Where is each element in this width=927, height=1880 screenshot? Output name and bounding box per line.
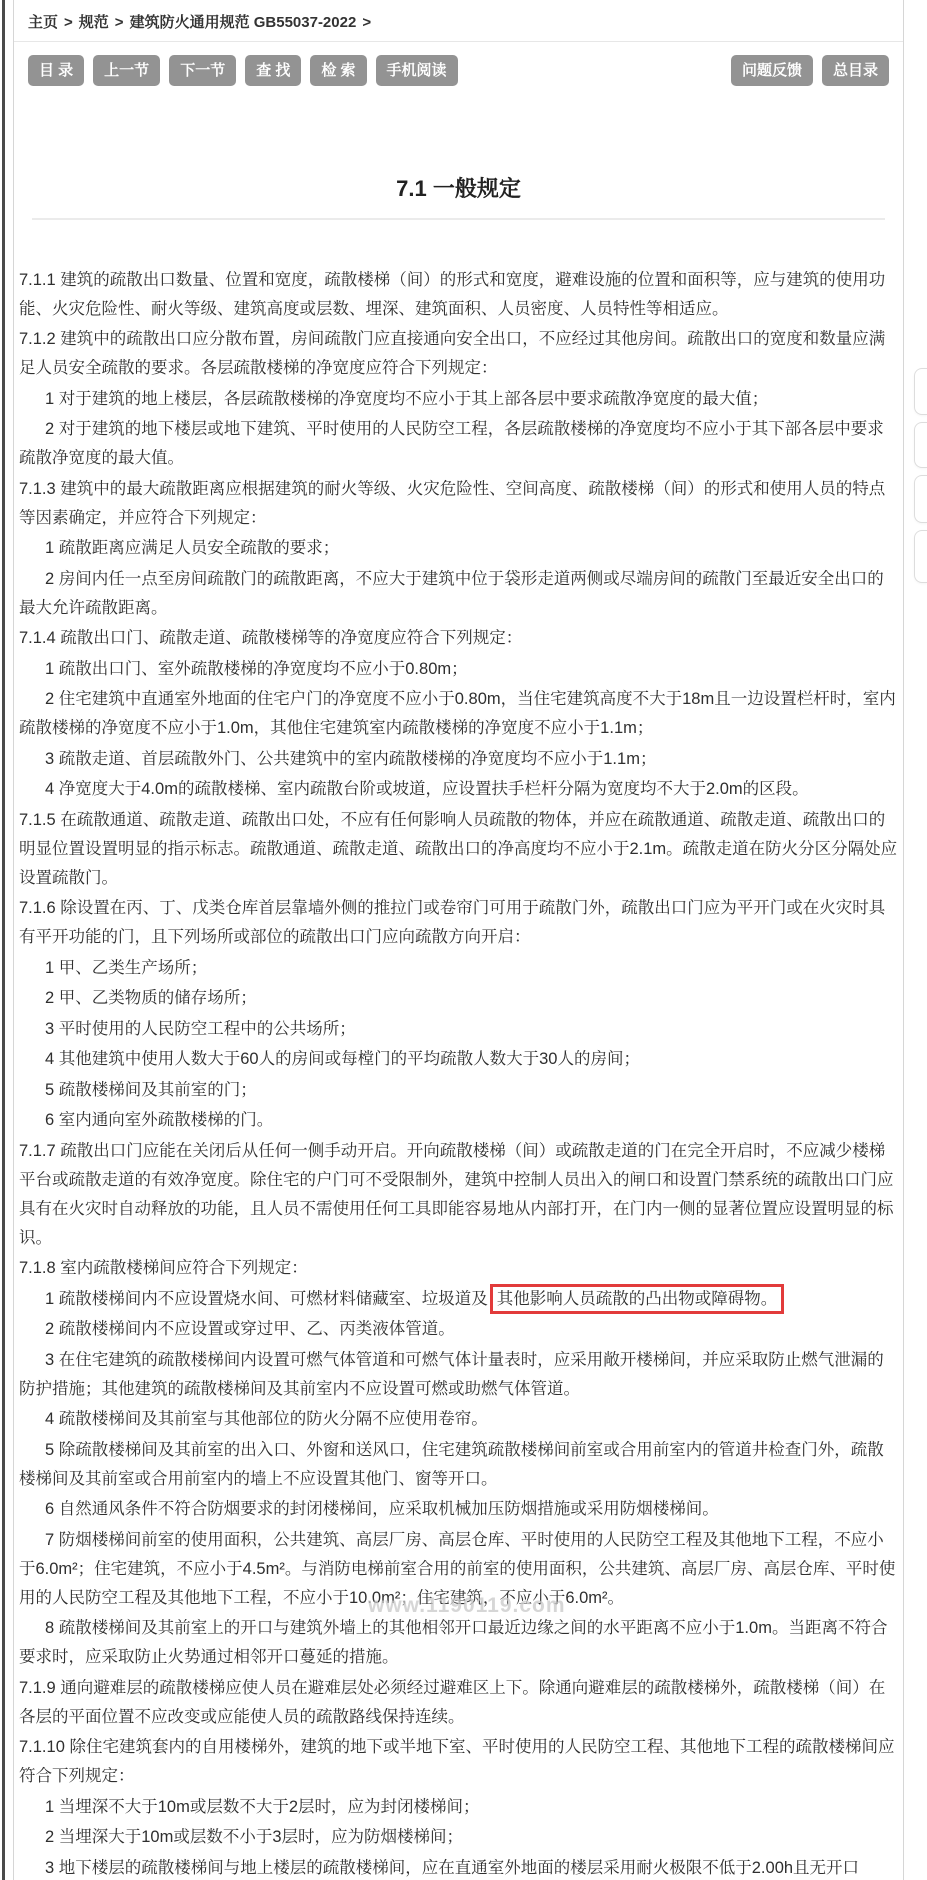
paragraph: 5 除疏散楼梯间及其前室的出入口、外窗和送风口，住宅建筑疏散楼梯间前室或合用前室… [19,1436,898,1494]
paragraph-text: 2 疏散楼梯间内不应设置或穿过甲、乙、丙类液体管道。 [45,1320,455,1338]
paragraph: 7.1.8 室内疏散楼梯间应符合下列规定： [19,1254,898,1283]
paragraph-text: 3 平时使用的人民防空工程中的公共场所； [45,1020,356,1038]
paragraph-text: 4 其他建筑中使用人数大于60人的房间或每樘门的平均疏散人数大于30人的房间； [45,1050,640,1068]
paragraph: 1 疏散楼梯间内不应设置烧水间、可燃材料储藏室、垃圾道及其他影响人员疏散的凸出物… [19,1285,898,1314]
paragraph: 7.1.2 建筑中的疏散出口应分散布置，房间疏散门应直接通向安全出口，不应经过其… [19,325,898,383]
paragraph-text: 3 在住宅建筑的疏散楼梯间内设置可燃气体管道和可燃气体计量表时，应采用敞开楼梯间… [19,1351,884,1398]
next-section-button[interactable]: 下一节 [169,55,236,86]
breadcrumb-separator: > [115,14,124,31]
paragraph-text: 2 当埋深大于10m或层数不小于3层时，应为防烟楼梯间； [45,1828,463,1846]
breadcrumb-link-current-standard[interactable]: 建筑防火通用规范 GB55037-2022 [130,14,357,31]
paragraph-text: 7.1.5 在疏散通道、疏散走道、疏散出口处，不应有任何影响人员疏散的物体，并应… [19,811,897,887]
paragraph: 2 房间内任一点至房间疏散门的疏散距离，不应大于建筑中位于袋形走道两侧或尽端房间… [19,565,898,623]
side-tab-3[interactable] [914,475,927,523]
toolbar-left-group: 目 录上一节下一节查 找检 索手机阅读 [28,55,458,86]
page-title: 7.1 一般规定 [14,172,903,203]
paragraph: 2 当埋深大于10m或层数不小于3层时，应为防烟楼梯间； [19,1823,898,1852]
paragraph-text: 2 房间内任一点至房间疏散门的疏散距离，不应大于建筑中位于袋形走道两侧或尽端房间… [19,570,884,617]
breadcrumb-link-standards[interactable]: 规范 [79,14,109,31]
document-body: 7.1.1 建筑的疏散出口数量、位置和宽度，疏散楼梯（间）的形式和宽度，避难设施… [14,220,903,1880]
paragraph: 7 防烟楼梯间前室的使用面积，公共建筑、高层厂房、高层仓库、平时使用的人民防空工… [19,1526,898,1613]
paragraph: 1 疏散出口门、室外疏散楼梯的净宽度均不应小于0.80m； [19,655,898,684]
paragraph: 2 疏散楼梯间内不应设置或穿过甲、乙、丙类液体管道。 [19,1315,898,1344]
paragraph-text: 7.1.2 建筑中的疏散出口应分散布置，房间疏散门应直接通向安全出口，不应经过其… [19,330,885,377]
paragraph-text: 3 地下楼层的疏散楼梯间与地上楼层的疏散楼梯间，应在直通室外地面的楼层采用耐火极… [45,1859,859,1877]
side-tab-4[interactable] [914,530,927,583]
toolbar: 目 录上一节下一节查 找检 索手机阅读 问题反馈总目录 [14,42,903,86]
paragraph-text: 1 对于建筑的地上楼层，各层疏散楼梯的净宽度均不应小于其上部各层中要求疏散净宽度… [45,390,768,408]
paragraph: 3 平时使用的人民防空工程中的公共场所； [19,1015,898,1044]
paragraph-text: 5 疏散楼梯间及其前室的门； [45,1081,257,1099]
paragraph: 7.1.3 建筑中的最大疏散距离应根据建筑的耐火等级、火灾危险性、空间高度、疏散… [19,475,898,533]
paragraph-text: 4 疏散楼梯间及其前室与其他部位的防火分隔不应使用卷帘。 [45,1410,488,1428]
paragraph-text: 5 除疏散楼梯间及其前室的出入口、外窗和送风口，住宅建筑疏散楼梯间前室或合用前室… [19,1441,884,1488]
toc-button[interactable]: 目 录 [28,55,84,86]
paragraph: 7.1.1 建筑的疏散出口数量、位置和宽度，疏散楼梯（间）的形式和宽度，避难设施… [19,266,898,324]
paragraph: 7.1.4 疏散出口门、疏散走道、疏散楼梯等的净宽度应符合下列规定： [19,624,898,653]
paragraph-text: 1 疏散距离应满足人员安全疏散的要求； [45,539,339,557]
paragraph: 8 疏散楼梯间及其前室上的开口与建筑外墙上的其他相邻开口最近边缘之间的水平距离不… [19,1614,898,1672]
paragraph: 2 住宅建筑中直通室外地面的住宅户门的净宽度不应小于0.80m，当住宅建筑高度不… [19,685,898,743]
paragraph: 3 在住宅建筑的疏散楼梯间内设置可燃气体管道和可燃气体计量表时，应采用敞开楼梯间… [19,1346,898,1404]
paragraph: 1 当埋深不大于10m或层数不大于2层时，应为封闭楼梯间； [19,1793,898,1822]
paragraph-text: 1 甲、乙类生产场所； [45,959,207,977]
side-tab-1[interactable] [914,368,927,415]
feedback-button[interactable]: 问题反馈 [731,55,813,86]
paragraph: 3 地下楼层的疏散楼梯间与地上楼层的疏散楼梯间，应在直通室外地面的楼层采用耐火极… [19,1854,898,1880]
breadcrumb-separator: > [362,14,371,31]
paragraph-text: 1 疏散楼梯间内不应设置烧水间、可燃材料储藏室、垃圾道及 [45,1290,488,1308]
paragraph: 7.1.10 除住宅建筑套内的自用楼梯外，建筑的地下或半地下室、平时使用的人民防… [19,1733,898,1791]
paragraph: 2 对于建筑的地下楼层或地下建筑、平时使用的人民防空工程，各层疏散楼梯的净宽度均… [19,415,898,473]
mobile-read-button[interactable]: 手机阅读 [376,55,458,86]
paragraph-text: 7.1.9 通向避难层的疏散楼梯应使人员在避难层处必须经过避难区上下。除通向避难… [19,1679,885,1726]
paragraph: 6 自然通风条件不符合防烟要求的封闭楼梯间，应采取机械加压防烟措施或采用防烟楼梯… [19,1495,898,1524]
paragraph-text: 1 疏散出口门、室外疏散楼梯的净宽度均不应小于0.80m； [45,660,468,678]
paragraph-text: 2 对于建筑的地下楼层或地下建筑、平时使用的人民防空工程，各层疏散楼梯的净宽度均… [19,420,884,467]
paragraph: 2 甲、乙类物质的储存场所； [19,984,898,1013]
content-panel: 主页>规范>建筑防火通用规范 GB55037-2022> 目 录上一节下一节查 … [13,0,904,1880]
highlight-box: 其他影响人员疏散的凸出物或障碍物。 [490,1284,785,1314]
paragraph-text: 2 甲、乙类物质的储存场所； [45,989,257,1007]
side-tab-2[interactable] [914,422,927,468]
paragraph-text: 1 当埋深不大于10m或层数不大于2层时，应为封闭楼梯间； [45,1798,480,1816]
prev-section-button[interactable]: 上一节 [93,55,160,86]
paragraph-text: 4 净宽度大于4.0m的疏散楼梯、室内疏散台阶或坡道，应设置扶手栏杆分隔为宽度均… [45,780,809,798]
paragraph-text: 7.1.10 除住宅建筑套内的自用楼梯外，建筑的地下或半地下室、平时使用的人民防… [19,1738,894,1785]
paragraph: 5 疏散楼梯间及其前室的门； [19,1076,898,1105]
paragraph: 4 疏散楼梯间及其前室与其他部位的防火分隔不应使用卷帘。 [19,1405,898,1434]
paragraph-text: 7.1.4 疏散出口门、疏散走道、疏散楼梯等的净宽度应符合下列规定： [19,629,522,647]
paragraph-text: 6 室内通向室外疏散楼梯的门。 [45,1111,273,1129]
paragraph: 6 室内通向室外疏散楼梯的门。 [19,1106,898,1135]
paragraph-text: 7.1.3 建筑中的最大疏散距离应根据建筑的耐火等级、火灾危险性、空间高度、疏散… [19,480,885,527]
paragraph: 4 其他建筑中使用人数大于60人的房间或每樘门的平均疏散人数大于30人的房间； [19,1045,898,1074]
toolbar-right-group: 问题反馈总目录 [731,55,889,86]
search-button[interactable]: 检 索 [310,55,366,86]
paragraph-text: 7.1.1 建筑的疏散出口数量、位置和宽度，疏散楼梯（间）的形式和宽度，避难设施… [19,271,885,318]
paragraph-text: 7.1.6 除设置在丙、丁、戊类仓库首层靠墙外侧的推拉门或卷帘门可用于疏散门外，… [19,899,885,946]
breadcrumb-link-home[interactable]: 主页 [28,14,58,31]
breadcrumb-separator: > [64,14,73,31]
full-toc-button[interactable]: 总目录 [822,55,889,86]
paragraph-text: 8 疏散楼梯间及其前室上的开口与建筑外墙上的其他相邻开口最近边缘之间的水平距离不… [19,1619,887,1666]
paragraph: 1 对于建筑的地上楼层，各层疏散楼梯的净宽度均不应小于其上部各层中要求疏散净宽度… [19,385,898,414]
paragraph: 7.1.5 在疏散通道、疏散走道、疏散出口处，不应有任何影响人员疏散的物体，并应… [19,806,898,893]
paragraph: 4 净宽度大于4.0m的疏散楼梯、室内疏散台阶或坡道，应设置扶手栏杆分隔为宽度均… [19,775,898,804]
paragraph: 1 疏散距离应满足人员安全疏散的要求； [19,534,898,563]
paragraph: 3 疏散走道、首层疏散外门、公共建筑中的室内疏散楼梯的净宽度均不应小于1.1m； [19,745,898,774]
paragraph: 1 甲、乙类生产场所； [19,954,898,983]
paragraph: 7.1.9 通向避难层的疏散楼梯应使人员在避难层处必须经过避难区上下。除通向避难… [19,1674,898,1732]
paragraph-text: 7.1.7 疏散出口门应能在关闭后从任何一侧手动开启。开向疏散楼梯（间）或疏散走… [19,1142,894,1247]
breadcrumb: 主页>规范>建筑防火通用规范 GB55037-2022> [14,0,903,42]
window-edge-line [2,0,5,1880]
find-button[interactable]: 查 找 [245,55,301,86]
paragraph-text: 3 疏散走道、首层疏散外门、公共建筑中的室内疏散楼梯的净宽度均不应小于1.1m； [45,750,656,768]
paragraph-text: 2 住宅建筑中直通室外地面的住宅户门的净宽度不应小于0.80m，当住宅建筑高度不… [19,690,896,737]
paragraph: 7.1.7 疏散出口门应能在关闭后从任何一侧手动开启。开向疏散楼梯（间）或疏散走… [19,1137,898,1253]
paragraph-text: 7.1.8 室内疏散楼梯间应符合下列规定： [19,1259,308,1277]
paragraph: 7.1.6 除设置在丙、丁、戊类仓库首层靠墙外侧的推拉门或卷帘门可用于疏散门外，… [19,894,898,952]
paragraph-text: 6 自然通风条件不符合防烟要求的封闭楼梯间，应采取机械加压防烟措施或采用防烟楼梯… [45,1500,719,1518]
paragraph-text: 7 防烟楼梯间前室的使用面积，公共建筑、高层厂房、高层仓库、平时使用的人民防空工… [19,1531,895,1607]
